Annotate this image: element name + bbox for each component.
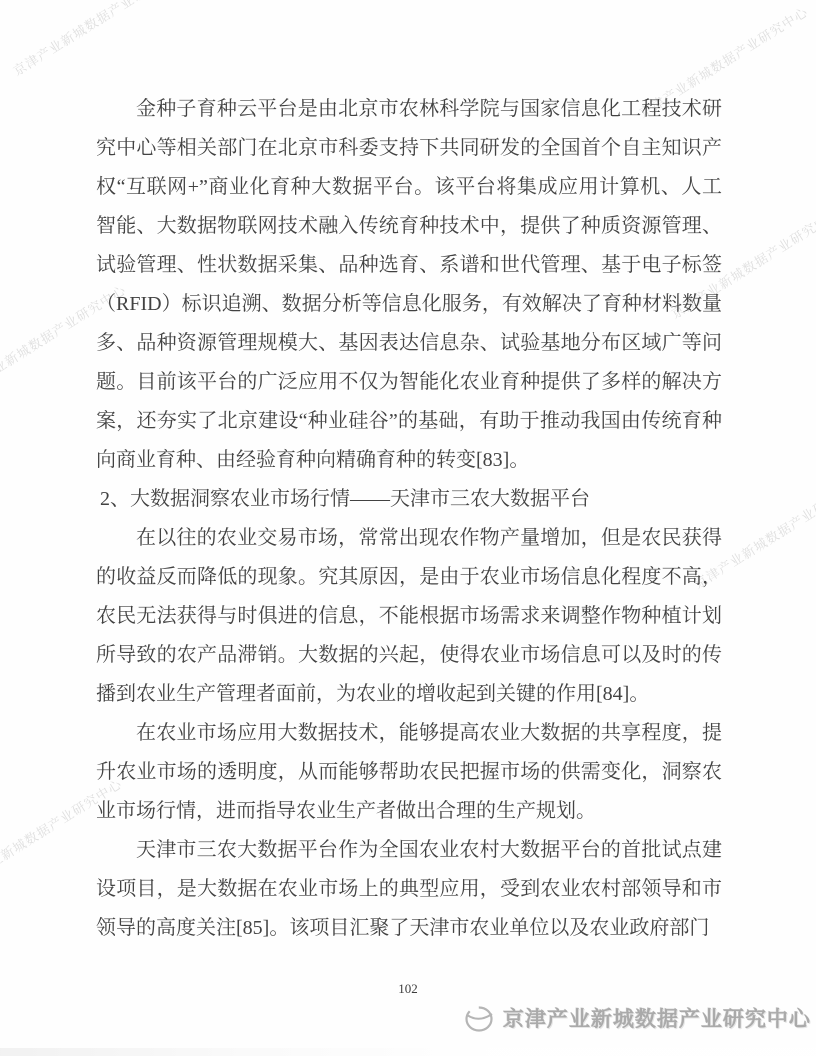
document-page: 京津产业新城数据产业研究中心 京津产业新城数据产业研究中心 京津产业新城数据产业… xyxy=(0,0,816,1056)
page-number: 102 xyxy=(0,981,816,997)
scan-shading xyxy=(0,1048,816,1056)
paragraph-golden-seed-platform: 金种子育种云平台是由北京市农林科学院与国家信息化工程技术研究中心等相关部门在北京… xyxy=(96,90,722,480)
paragraph-tianjin-platform: 天津市三农大数据平台作为全国农业农村大数据平台的首批试点建设项目，是大数据在农业… xyxy=(96,831,722,948)
section-heading: 2、大数据洞察农业市场行情——天津市三农大数据平台 xyxy=(96,480,722,519)
footer-logo-text: 京津产业新城数据产业研究中心 xyxy=(503,1003,811,1033)
watermark-text: 京津产业新城数据产业研究中心 xyxy=(9,0,185,80)
document-body: 金种子育种云平台是由北京市农林科学院与国家信息化工程技术研究中心等相关部门在北京… xyxy=(96,90,722,948)
footer-logo: 京津产业新城数据产业研究中心 xyxy=(462,1002,811,1034)
paragraph-bigdata-benefit: 在农业市场应用大数据技术，能够提高农业大数据的共享程度，提升农业市场的透明度，从… xyxy=(96,714,722,831)
paragraph-market-problem: 在以往的农业交易市场，常常出现农作物产量增加，但是农民获得的收益反而降低的现象。… xyxy=(96,519,722,714)
logo-swirl-globe-icon xyxy=(462,1002,496,1034)
